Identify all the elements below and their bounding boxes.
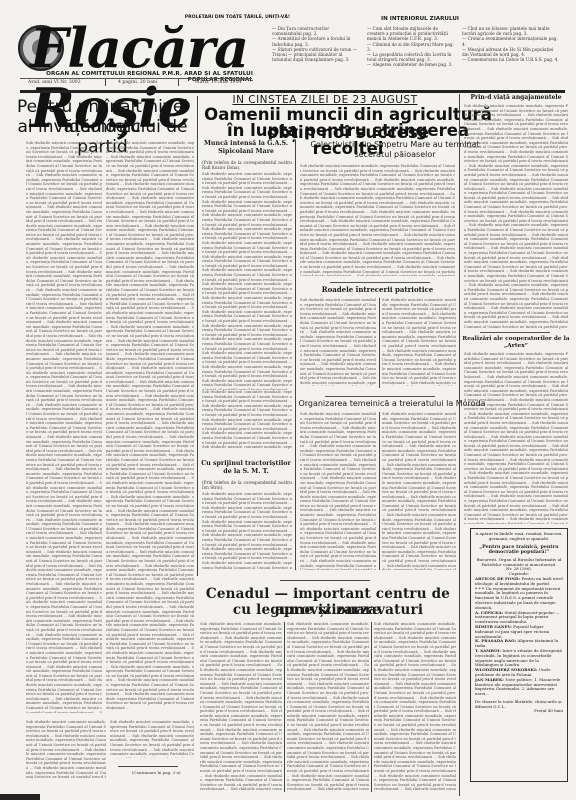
cfr-body: Sub rîndurile mișcării comuniste mondial… xyxy=(464,104,568,329)
ad-contents-item: JAN MAREK: Note politice: 1. Masacrele l… xyxy=(475,678,563,697)
ad-contents-item: DIMITR GANEV: Poporul bulgar îndrumat cu… xyxy=(475,625,563,639)
roadele-title: Roadele întrecerii patriotice xyxy=(300,286,455,294)
roadele-body-col2: Sub rîndurile mișcării comuniste mondial… xyxy=(382,298,456,386)
roadele-body-col1: Sub rîndurile mișcării comuniste mondial… xyxy=(300,298,376,386)
smt-title-line1: Cu sprijinul tractoriștilor xyxy=(200,460,292,468)
ad-publication-name: „Pentru pace trainică, pentru democrație… xyxy=(475,545,563,556)
index-item[interactable]: — La gospodăria colectivă din Lovrin în … xyxy=(367,52,455,62)
gas-title-line2: Sipicolani Mare xyxy=(200,148,292,156)
cenadul-body-col3: Sub rîndurile mișcării comuniste mondial… xyxy=(374,622,456,792)
moroda-body-col1: Sub rîndurile mișcării comuniste mondial… xyxy=(300,412,376,570)
index-item[interactable]: — Armistițiul de încetare a focului în I… xyxy=(272,36,360,46)
gas-body: Sub rîndurile mișcării comuniste mondial… xyxy=(202,172,292,390)
ad-contents-item: * * * Un eveniment de importanță istoric… xyxy=(475,587,563,611)
colectivisti-title-line1: Colectiviștii din Sinpetru Mare au termi… xyxy=(300,140,490,150)
index-title: IN INTERIORUL ZIARULUI xyxy=(360,16,480,22)
gas-byline: (Prin telefon de la corespondentul nostr… xyxy=(202,160,292,170)
gas-body-cont: Sub rîndurile mișcării comuniste mondial… xyxy=(202,390,292,450)
index-column-3: — Cînd nu se folosesc plantele mai multe… xyxy=(462,26,560,62)
index-item[interactable]: — Cronica evenimentelor internaționale p… xyxy=(462,36,560,46)
pages-price: 4 pagini, 20 bani xyxy=(118,80,157,85)
cenadul-body-col1: Sub rîndurile mișcării comuniste mondial… xyxy=(200,622,282,792)
issue-date: Marți, 13 iulie 1954 xyxy=(195,80,241,85)
gas-title-line1: Muncă intensă la G.A.S. xyxy=(200,140,292,148)
ad-intro: A apărut în limbile rusă, română, france… xyxy=(475,532,563,542)
colectivisti-body: Sub rîndurile mișcării comuniste mondial… xyxy=(300,164,455,276)
cfr-title: Prin-d viață angajamentele xyxy=(462,94,570,102)
left-body-col1-end: Sub rîndurile mișcării comuniste mondial… xyxy=(26,720,106,778)
ad-price: Prețul 40 bani xyxy=(475,709,563,714)
smt-byline: (Prin telefon de la corespondentul nostr… xyxy=(202,480,292,490)
index-item[interactable]: — Căminul de zi din Sînpetrul Mare pag. … xyxy=(367,42,455,52)
left-body-col2: Sub rîndurile mișcării comuniste mondial… xyxy=(106,141,194,713)
issue-number: Arad, anul VI Nr. 3092 xyxy=(28,80,81,85)
index-item[interactable]: — Alegerea comitetelor de femei pag. 3. xyxy=(367,62,455,67)
index-item[interactable]: — Din Țara constructorilor comunismului … xyxy=(272,26,360,36)
artex-body: Sub rîndurile mișcării comuniste mondial… xyxy=(464,352,568,524)
masthead-divider xyxy=(20,90,565,93)
left-body-col1: Sub rîndurile mișcării comuniste mondial… xyxy=(26,141,102,713)
index-column-1: — Din Țara constructorilor comunismului … xyxy=(272,26,360,62)
colectivisti-title-line2: seceratul păioaselor xyxy=(300,150,490,160)
index-item[interactable]: — Mesajul adresat de Ho Și Min populație… xyxy=(462,47,560,57)
ad-contents-item: T. SAMBOI: Intre-o situație de divergenț… xyxy=(475,649,563,668)
cenadul-title-line2: cu legume și zarzavaturi xyxy=(196,602,460,618)
index-item[interactable]: — Cum sînt folosite mijloacele de crește… xyxy=(367,26,455,42)
moroda-body-col2: Sub rîndurile mișcării comuniste mondial… xyxy=(382,412,456,570)
left-body-col2-end: Sub rîndurile mișcării comuniste mondial… xyxy=(110,720,194,758)
index-item[interactable]: — Comemorarea lui Cehov în U.R.S.S. pag.… xyxy=(462,57,560,62)
smt-title-line2: de la S. M. T. xyxy=(200,468,292,476)
index-column-2: — Cum sînt folosite mijloacele de crește… xyxy=(367,26,455,68)
cenadul-body-col2: Sub rîndurile mișcării comuniste mondial… xyxy=(287,622,369,792)
ad-contents-list: ARTICOL DE FOND: Pentru un înalt nivel i… xyxy=(475,577,563,697)
smt-body: Sub rîndurile mișcării comuniste mondial… xyxy=(202,492,292,570)
continuation-note[interactable]: (Continuare în pag. 2-a) xyxy=(132,770,181,775)
scan-edge xyxy=(0,794,40,800)
index-item[interactable]: — Sfaturi pentru cultivatorii de tutun —… xyxy=(272,47,360,63)
publication-ad-box: A apărut în limbile rusă, română, france… xyxy=(470,528,568,782)
artex-title: Realizări ale cooperatorilor de la „Arte… xyxy=(462,336,570,350)
moroda-title: Organizarea temeinică a treieratului la … xyxy=(292,400,492,408)
index-item[interactable]: — Cînd nu se folosesc plantele mai multe… xyxy=(462,26,560,36)
ad-contents-item: A. CEPICKA: Statul democrat-popular — in… xyxy=(475,611,563,625)
